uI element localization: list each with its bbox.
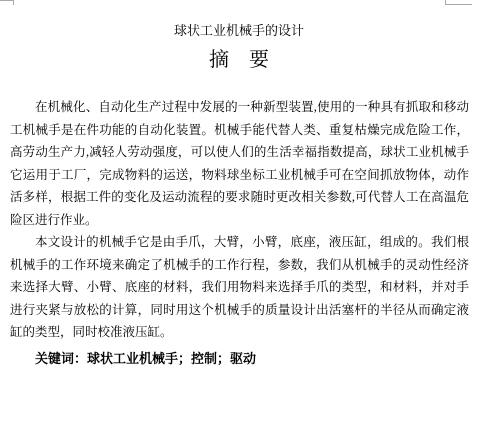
margin-corner-mark-top-right-horizontal [445, 4, 472, 5]
paragraph1-line: 在机械化、自动化生产过程中发展的一种新型装置,使用的一种具有抓取和移动 [10, 96, 469, 119]
paragraph2-line: 本文设计的机械手它是由手爪，大臂，小臂，底座，液压缸，组成的。我们根据 [10, 231, 469, 254]
document-page: 球状工业机械手的设计 摘 要 在机械化、自动化生产过程中发展的一种新型装置,使用… [0, 0, 478, 445]
margin-corner-mark-top-left-vertical [13, 0, 14, 5]
paragraph2-line: 来选择大臂、小臂、底座的材料，我们用物料来选择手爪的类型，和材料，并对手爪 [10, 276, 469, 299]
abstract-heading: 摘 要 [0, 47, 478, 73]
paragraph1-line: 高劳动生产力,减轻人劳动强度，可以使人们的生活幸福指数提高，球状工业机械手 [10, 141, 469, 164]
paragraph2-line: 缸的类型，同时校准液压缸。 [10, 321, 469, 344]
paragraph1-line: 它运用于工厂，完成物料的运送，物料球坐标工业机械手可在空间抓放物体，动作灵 [10, 164, 469, 187]
abstract-body: 在机械化、自动化生产过程中发展的一种新型装置,使用的一种具有抓取和移动 工机械手… [10, 96, 469, 370]
margin-corner-mark-top-left-horizontal [0, 0, 14, 1]
paragraph1-line: 险区进行作业。 [10, 209, 469, 232]
paragraph1-line: 活多样，根据工件的变化及运动流程的要求随时更改相关参数,可代替人工在高温危 [10, 186, 469, 209]
paragraph1-line: 工机械手是在件功能的自动化装置。机械手能代替人类、重复枯燥完成危险工作，提 [10, 119, 469, 142]
paragraph2-line: 机械手的工作环境来确定了机械手的工作行程，参数，我们从机械手的灵动性经济性 [10, 254, 469, 277]
paragraph2-line: 进行夹紧与放松的计算，同时用这个机械手的质量设计出活塞杆的半径从而确定液压 [10, 299, 469, 322]
document-title: 球状工业机械手的设计 [0, 22, 478, 39]
keywords-line: 关键词：球状工业机械手；控制；驱动 [10, 348, 469, 371]
